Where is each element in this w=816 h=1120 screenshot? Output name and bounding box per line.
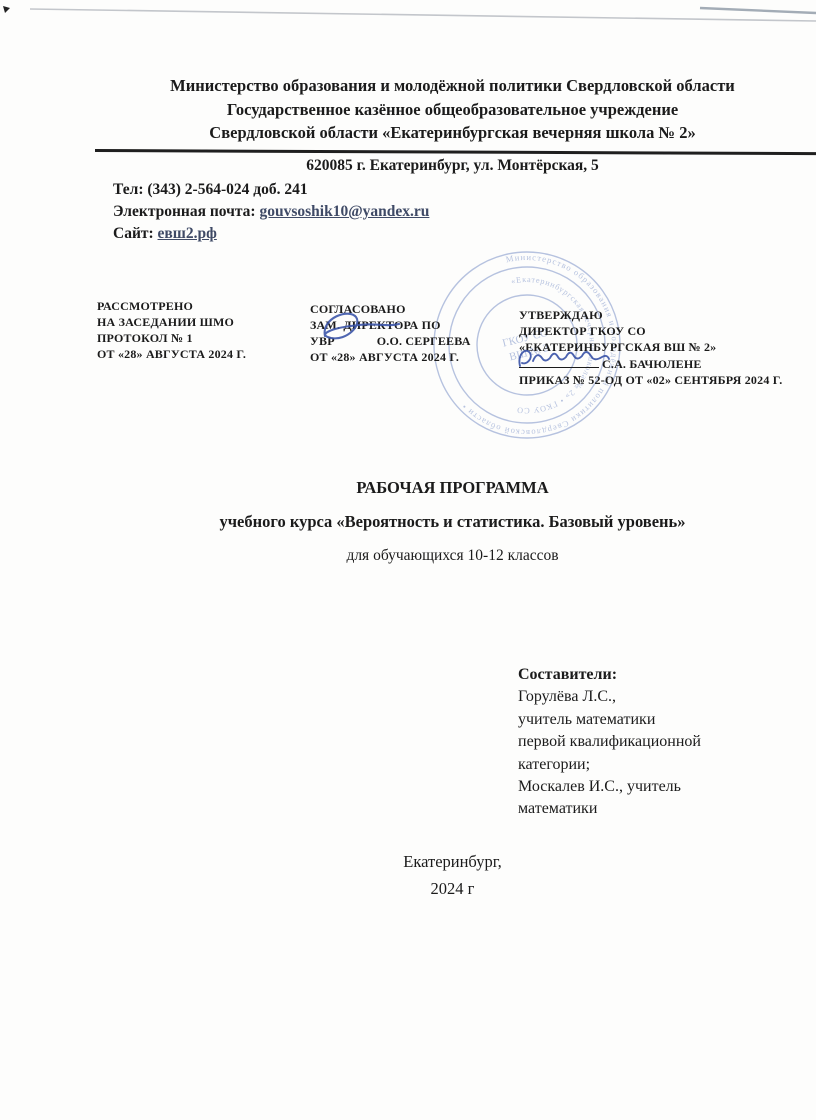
scan-edge-artifact xyxy=(0,0,816,30)
audience-line: для обучающихся 10-12 классов xyxy=(95,547,810,565)
author-line: первой квалификационной xyxy=(518,731,748,753)
agreed-line2: ЗАМ. ДИРЕКТОРА ПО xyxy=(310,317,515,333)
agreed-signer-name: О.О. СЕРГЕЕВА xyxy=(377,334,471,348)
footer-city: Екатеринбург, xyxy=(95,848,810,875)
approved-line5: ПРИКАЗ № 52-ОД ОТ «02» СЕНТЯБРЯ 2024 Г. xyxy=(519,372,811,388)
author-line: категории; xyxy=(518,754,748,776)
document-title: РАБОЧАЯ ПРОГРАММА xyxy=(95,478,810,498)
contact-block: Тел: (343) 2-564-024 доб. 241 Электронна… xyxy=(113,179,429,245)
approved-line4: С.А. БАЧЮЛЕНЕ xyxy=(519,355,811,372)
authors-block: Составители: Горулёва Л.С., учитель мате… xyxy=(518,664,748,821)
email-label: Электронная почта: xyxy=(113,203,259,220)
reviewed-line2: НА ЗАСЕДАНИИ ШМО xyxy=(97,314,302,330)
ministry-name: Министерство образования и молодёжной по… xyxy=(95,74,810,98)
institution-type: Государственное казённое общеобразовател… xyxy=(95,98,810,122)
site-link[interactable]: евш2.рф xyxy=(158,225,217,242)
approved-line3: «ЕКАТЕРИНБУРГСКАЯ ВШ № 2» xyxy=(519,339,811,355)
approval-approved-block: УТВЕРЖДАЮ ДИРЕКТОР ГКОУ СО «ЕКАТЕРИНБУРГ… xyxy=(519,307,811,388)
signature-underline xyxy=(519,355,599,368)
approved-line2: ДИРЕКТОР ГКОУ СО xyxy=(519,323,811,339)
site-label: Сайт: xyxy=(113,225,158,242)
course-name: учебного курса «Вероятность и статистика… xyxy=(95,512,810,532)
organization-header: Министерство образования и молодёжной по… xyxy=(95,74,810,145)
postal-address: 620085 г. Екатеринбург, ул. Монтёрская, … xyxy=(95,157,810,175)
footer-block: Екатеринбург, 2024 г xyxy=(95,848,810,902)
agreed-line1: СОГЛАСОВАНО xyxy=(310,301,515,317)
email-line: Электронная почта: gouvsoshik10@yandex.r… xyxy=(113,201,429,223)
authors-label: Составители: xyxy=(518,664,748,686)
agreed-uvr-label: УВР xyxy=(310,334,335,348)
agreed-line4: ОТ «28» АВГУСТА 2024 Г. xyxy=(310,349,515,365)
phone-line: Тел: (343) 2-564-024 доб. 241 xyxy=(113,179,429,201)
author-line: учитель математики xyxy=(518,709,748,731)
site-line: Сайт: евш2.рф xyxy=(113,223,429,245)
reviewed-line1: РАССМОТРЕНО xyxy=(97,298,302,314)
reviewed-line3: ПРОТОКОЛ № 1 xyxy=(97,330,302,346)
header-divider xyxy=(95,149,816,155)
agreed-line3: УВРО.О. СЕРГЕЕВА xyxy=(310,333,515,349)
reviewed-line4: ОТ «28» АВГУСТА 2024 Г. xyxy=(97,346,302,362)
email-link[interactable]: gouvsoshik10@yandex.ru xyxy=(259,203,429,220)
approval-agreed-block: СОГЛАСОВАНО ЗАМ. ДИРЕКТОРА ПО УВРО.О. СЕ… xyxy=(310,301,515,365)
approval-reviewed-block: РАССМОТРЕНО НА ЗАСЕДАНИИ ШМО ПРОТОКОЛ № … xyxy=(97,298,302,362)
footer-year: 2024 г xyxy=(95,875,810,902)
author-line: математики xyxy=(518,798,748,820)
approved-signer-name: С.А. БАЧЮЛЕНЕ xyxy=(602,357,702,371)
author-line: Москалев И.С., учитель xyxy=(518,776,748,798)
approved-line1: УТВЕРЖДАЮ xyxy=(519,307,811,323)
document-title-block: РАБОЧАЯ ПРОГРАММА учебного курса «Вероят… xyxy=(95,478,810,565)
author-line: Горулёва Л.С., xyxy=(518,686,748,708)
document-page: Министерство образования и молодёжной по… xyxy=(0,0,816,1120)
school-name: Свердловской области «Екатеринбургская в… xyxy=(95,121,810,145)
